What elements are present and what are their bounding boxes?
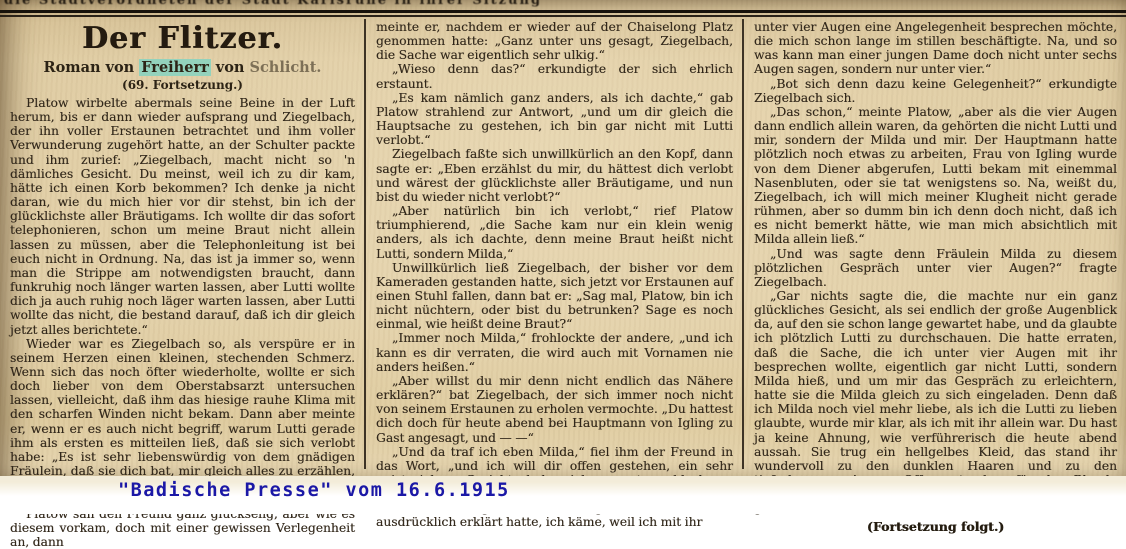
article-title: Der Flitzer. — [10, 21, 355, 56]
paragraph: „Wieso denn das?“ erkundigte der sich eh… — [376, 62, 733, 90]
column-1-text: Platow wirbelte abermals seine Beine in … — [10, 96, 355, 514]
article-columns: Der Flitzer. Roman von Freiherr von Schl… — [0, 19, 1126, 469]
paragraph: unter vier Augen eine Angelegenheit besp… — [754, 20, 1117, 77]
byline-mid: von — [211, 59, 250, 76]
column-2: meinte er, nachdem er wieder auf der Cha… — [366, 19, 744, 469]
paragraph: „Und was sagte denn Fräulein Milda zu di… — [754, 247, 1117, 289]
paragraph: „Bot sich denn dazu keine Gelegenheit?“ … — [754, 77, 1117, 105]
column-3-text: unter vier Augen eine Angelegenheit besp… — [754, 20, 1117, 514]
paragraph: Platow wirbelte abermals seine Beine in … — [10, 96, 355, 337]
paragraph: „Immer noch Milda,“ frohlockte der ander… — [376, 331, 733, 373]
paragraph: „Aber willst du mir denn nicht endlich d… — [376, 374, 733, 445]
paragraph: meinte er, nachdem er wieder auf der Cha… — [376, 20, 733, 62]
newspaper-scan: die Stadtverordneten der Stadt Karlsruhe… — [0, 0, 1126, 476]
paragraph: „Aber natürlich bin ich verlobt,“ rief P… — [376, 204, 733, 261]
byline-post: Schlicht. — [249, 59, 321, 76]
column-3: unter vier Augen eine Angelegenheit besp… — [744, 19, 1126, 469]
installment-number: (69. Fortsetzung.) — [10, 78, 355, 92]
column-2-text: meinte er, nachdem er wieder auf der Cha… — [376, 20, 733, 514]
clipped-header-line: die Stadtverordneten der Stadt Karlsruhe… — [4, 0, 764, 8]
horizontal-rule — [0, 10, 1126, 17]
paragraph: Ziegelbach faßte sich unwillkürlich an d… — [376, 147, 733, 204]
column-1: Der Flitzer. Roman von Freiherr von Schl… — [0, 19, 366, 469]
paragraph: „Es kam nämlich ganz anders, als ich dac… — [376, 91, 733, 148]
caption-strip: "Badische Presse" vom 16.6.1915 — [0, 476, 1126, 514]
paragraph: Unwillkürlich ließ Ziegelbach, der bishe… — [376, 261, 733, 332]
article-byline: Roman von Freiherr von Schlicht. — [10, 59, 355, 76]
byline-highlighted-name: Freiherr — [139, 59, 210, 76]
byline-pre: Roman von — [44, 59, 140, 76]
paragraph: „Das schon,“ meinte Platow, „aber als di… — [754, 105, 1117, 247]
source-caption: "Badische Presse" vom 16.6.1915 — [118, 480, 510, 501]
